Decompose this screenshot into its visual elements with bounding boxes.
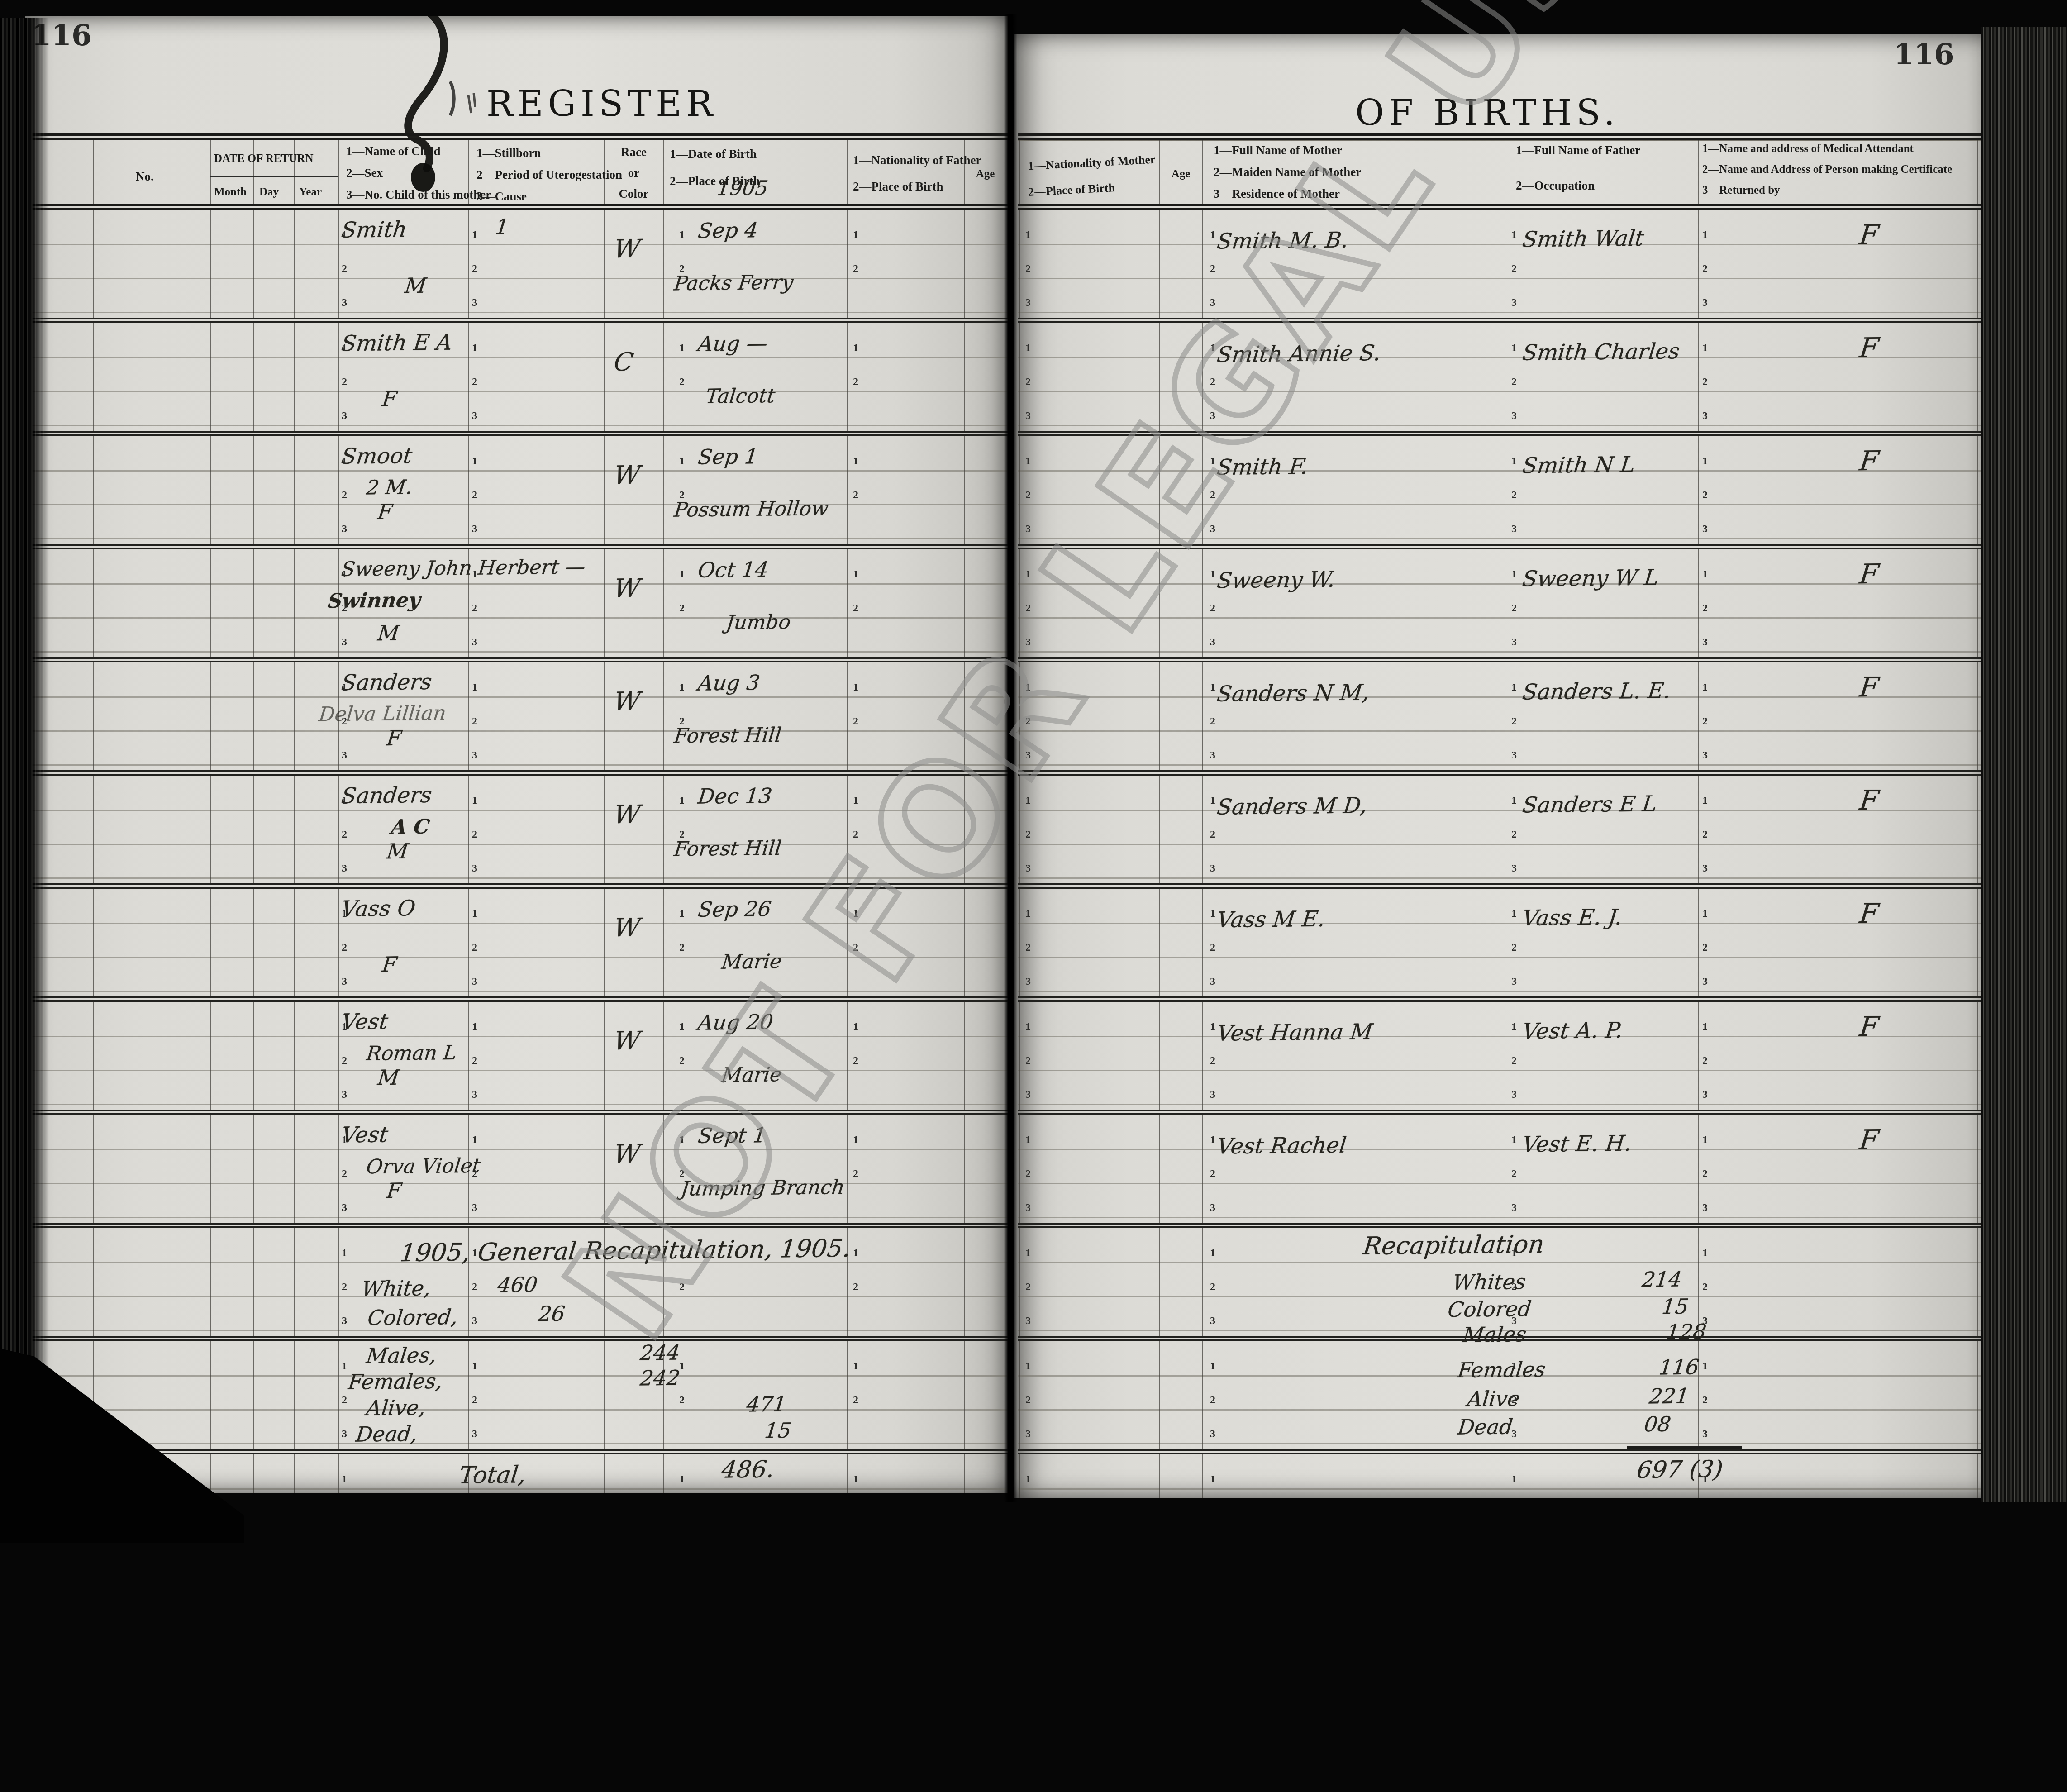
sub-line-digit: 1 — [853, 1021, 858, 1033]
sub-line-digit: 2 — [342, 263, 347, 275]
sub-line-digit: 3 — [472, 523, 477, 535]
sub-line-digit: 1 — [679, 1134, 685, 1146]
register-row: Sanders Delva Lillian F W Aug 3 Forest H… — [29, 662, 1011, 776]
sub-line-digit: 1 — [1511, 1021, 1517, 1033]
father-name: Vest E. H. — [1521, 1131, 1633, 1158]
sub-line-digit: 1 — [1025, 1247, 1031, 1259]
recap-males-value: 244 — [639, 1340, 681, 1365]
date-of-birth: Sep 26 — [697, 896, 773, 922]
register-row: Smith F. Smith N L F 123123123123 — [1018, 436, 1983, 549]
sub-line-digit: 1 — [1511, 568, 1517, 581]
register-row: Sweeny W. Sweeny W L F 123123123123 — [1018, 549, 1983, 662]
sub-line-digit: 3 — [1511, 1089, 1517, 1101]
place-of-birth: Marie — [720, 1063, 783, 1087]
race-value: C — [612, 348, 635, 377]
sub-line-digit: 1 — [1702, 1360, 1708, 1373]
col-header-no: No. — [136, 170, 154, 184]
left-page: 116 REGISTER No. DATE OF RETURN Month Da… — [25, 16, 1011, 1493]
race-value: W — [612, 687, 642, 717]
sub-line-digit: 2 — [472, 942, 477, 954]
col-header-med-2: 2—Name and Address of Person making Cert… — [1702, 163, 1952, 176]
sub-line-digit: 3 — [1702, 863, 1708, 875]
table-header-left: No. DATE OF RETURN Month Day Year 1—Name… — [29, 140, 1011, 210]
sub-line-digit: 3 — [1210, 863, 1215, 875]
mother-name: Smith F. — [1216, 454, 1310, 480]
place-of-birth: Packs Ferry — [673, 271, 795, 295]
sub-line-digit: 3 — [1025, 749, 1031, 762]
sub-line-digit: 2 — [1210, 376, 1215, 388]
child-name: Vest — [340, 1122, 390, 1148]
sub-line-digit: 1 — [853, 682, 858, 694]
sub-line-digit: 1 — [342, 342, 347, 354]
sub-line-digit: 2 — [679, 1055, 685, 1067]
sub-line-digit: 2 — [1025, 1168, 1031, 1180]
sub-line-digit: 3 — [1210, 1089, 1215, 1101]
sub-line-digit: 1 — [342, 682, 347, 694]
sub-line-digit: 2 — [1511, 1394, 1517, 1406]
sub-line-digit: 1 — [1025, 908, 1031, 920]
register-row: Smith M 1 W Sep 4 Packs Ferry 1231231212 — [29, 210, 1011, 323]
sub-line-digit: 3 — [1210, 976, 1215, 988]
sub-line-digit: 2 — [853, 1281, 858, 1293]
sub-line-digit: 1 — [1702, 908, 1708, 920]
sub-line-digit: 2 — [1025, 1055, 1031, 1067]
col-header-still-1: 1—Stillborn — [476, 146, 541, 160]
sub-line-digit: 2 — [1025, 1394, 1031, 1406]
sub-line-digit: 2 — [1511, 1281, 1517, 1293]
child-name: Sanders — [340, 782, 433, 809]
child-name-2: A C — [390, 815, 431, 839]
register-row: Sanders N M, Sanders L. E. F 12312312312… — [1018, 662, 1983, 776]
sub-line-digit: 1 — [1702, 229, 1708, 241]
sub-line-digit: 3 — [1025, 976, 1031, 988]
sub-line-digit: 3 — [1210, 1428, 1215, 1440]
sub-line-digit: 1 — [1702, 1134, 1708, 1146]
sub-line-digit: 2 — [1702, 1168, 1708, 1180]
sub-line-digit: 2 — [1511, 263, 1517, 275]
sub-line-digit: 2 — [1210, 715, 1215, 728]
sub-line-digit: 2 — [1025, 1281, 1031, 1293]
returned-by-mark: F — [1858, 785, 1881, 816]
register-row: Vest Orva Violet F W Sept 1 Jumping Bran… — [29, 1115, 1011, 1228]
sub-line-digit: 3 — [342, 523, 347, 535]
recap-females-value: 242 — [639, 1366, 681, 1391]
sub-line-digit: 1 — [342, 568, 347, 581]
sub-line-digit: 2 — [342, 715, 347, 728]
col-header-natm-2: 2—Place of Birth — [1028, 181, 1115, 199]
sub-line-digit: 2 — [1025, 715, 1031, 728]
sub-line-digit: 2 — [342, 1168, 347, 1180]
child-sex: M — [376, 1065, 400, 1090]
mother-name: Vest Hanna M — [1216, 1019, 1374, 1046]
race-value: W — [612, 574, 642, 604]
child-sex: M — [376, 621, 400, 645]
recap-white-value: 460 — [496, 1273, 539, 1297]
father-name: Smith Walt — [1521, 226, 1645, 253]
sub-line-digit: 3 — [342, 297, 347, 309]
recap-row-right-1: Recapitulation Whites 214 Colored 15 Mal… — [1018, 1228, 1983, 1341]
sub-line-digit: 3 — [1702, 976, 1708, 988]
sub-line-digit: 3 — [1025, 1428, 1031, 1440]
sub-line-digit: 1 — [472, 1247, 477, 1259]
col-header-mother-1: 1—Full Name of Mother — [1214, 143, 1342, 157]
sub-line-digit: 1 — [342, 1360, 347, 1373]
col-header-day: Day — [259, 186, 279, 199]
place-of-birth: Forest Hill — [673, 837, 783, 861]
sub-line-digit: 2 — [342, 1281, 347, 1293]
total-underline — [1627, 1446, 1742, 1449]
recap-males-value: 128 — [1665, 1320, 1708, 1344]
sub-line-digit: 2 — [1210, 489, 1215, 501]
sub-line-digit: 1 — [853, 1473, 858, 1486]
sub-line-digit: 1 — [342, 795, 347, 807]
recap-dead-value: 15 — [763, 1418, 793, 1443]
sub-line-digit: 2 — [1511, 942, 1517, 954]
sub-line-digit: 2 — [679, 1168, 685, 1180]
recap-dead-label: Dead — [1457, 1414, 1514, 1439]
sub-line-digit: 2 — [679, 602, 685, 615]
recap-row-left-2: Males, 244 Females, 242 Alive, 471 Dead,… — [29, 1341, 1011, 1454]
sub-line-digit: 1 — [1511, 682, 1517, 694]
sub-line-digit: 1 — [679, 1473, 685, 1486]
sub-line-digit: 1 — [853, 568, 858, 581]
sub-line-digit: 2 — [1702, 489, 1708, 501]
sub-line-digit: 3 — [472, 749, 477, 762]
sub-line-digit: 1 — [1702, 455, 1708, 467]
child-sex: M — [386, 839, 410, 863]
sub-line-digit: 2 — [1702, 263, 1708, 275]
sub-line-digit: 2 — [1025, 942, 1031, 954]
col-header-child-1: 1—Name of Child — [346, 144, 441, 158]
sub-line-digit: 2 — [472, 1394, 477, 1406]
sub-line-digit: 2 — [1210, 602, 1215, 615]
register-row: Vest Rachel Vest E. H. F 123123123123 — [1018, 1115, 1983, 1228]
mother-name: Sanders N M, — [1216, 680, 1371, 707]
child-sex: F — [386, 1178, 403, 1203]
sub-line-digit: 2 — [1702, 602, 1708, 615]
sub-line-digit: 3 — [1511, 1428, 1517, 1440]
sub-line-digit: 1 — [342, 908, 347, 920]
sub-line-digit: 1 — [472, 342, 477, 354]
sub-line-digit: 2 — [853, 1055, 858, 1067]
child-name: Smith E A — [340, 330, 454, 357]
sub-line-digit: 1 — [472, 1360, 477, 1373]
sub-line-digit: 2 — [853, 829, 858, 841]
register-row: Vest Roman L M W Aug 20 Marie 1231231212 — [29, 1002, 1011, 1115]
returned-by-mark: F — [1858, 1124, 1881, 1156]
sub-line-digit: 1 — [1025, 455, 1031, 467]
place-of-birth: Marie — [720, 950, 783, 973]
sub-line-digit: 2 — [1511, 489, 1517, 501]
sub-line-digit: 2 — [472, 602, 477, 615]
sub-line-digit: 2 — [1702, 1394, 1708, 1406]
col-header-race-2: or — [604, 166, 663, 180]
sub-line-digit: 1 — [342, 455, 347, 467]
sub-line-digit: 2 — [679, 489, 685, 501]
sub-line-digit: 3 — [1511, 749, 1517, 762]
sub-line-digit: 3 — [1210, 297, 1215, 309]
sub-line-digit: 2 — [853, 715, 858, 728]
sub-line-digit: 1 — [472, 229, 477, 241]
sub-line-digit: 3 — [1702, 410, 1708, 422]
date-of-birth: Sept 1 — [697, 1123, 768, 1148]
sub-line-digit: 2 — [679, 263, 685, 275]
sub-line-digit: 3 — [1511, 410, 1517, 422]
sub-line-digit: 1 — [1511, 1247, 1517, 1259]
stillborn-value: 1 — [494, 214, 510, 239]
sub-line-digit: 1 — [1025, 1360, 1031, 1373]
mother-name: Sanders M D, — [1216, 793, 1369, 820]
sub-line-digit: 2 — [853, 942, 858, 954]
sub-line-digit: 3 — [342, 863, 347, 875]
register-row: Sweeny John Herbert — Swinney M W Oct 14… — [29, 549, 1011, 662]
sub-line-digit: 1 — [1210, 795, 1215, 807]
sub-line-digit: 2 — [853, 489, 858, 501]
race-value: W — [612, 1139, 642, 1169]
place-of-birth: Jumping Branch — [680, 1176, 846, 1201]
sub-line-digit: 2 — [472, 1055, 477, 1067]
sub-line-digit: 3 — [472, 976, 477, 988]
sub-line-digit: 3 — [1210, 636, 1215, 648]
sub-line-digit: 2 — [342, 829, 347, 841]
sub-line-digit: 2 — [1210, 263, 1215, 275]
register-row: Vass O F W Sep 26 Marie 1231231212 — [29, 889, 1011, 1002]
recap-total-value: 486. — [720, 1456, 776, 1483]
sub-line-digit: 1 — [472, 568, 477, 581]
child-name: Sweeny John Herbert — — [340, 555, 587, 581]
sub-line-digit: 1 — [342, 1247, 347, 1259]
book-gutter — [1004, 14, 1017, 1502]
returned-by-mark: F — [1858, 672, 1881, 703]
sub-line-digit: 3 — [472, 410, 477, 422]
recap-caption: 1905, General Recapitulation, 1905. — [399, 1234, 852, 1267]
sub-line-digit: 2 — [1702, 376, 1708, 388]
date-of-birth: Dec 13 — [697, 783, 773, 809]
sub-line-digit: 2 — [1511, 602, 1517, 615]
sub-line-digit: 1 — [679, 1021, 685, 1033]
sub-line-digit: 1 — [472, 1021, 477, 1033]
page-title-right: OF BIRTHS. — [1355, 93, 1619, 133]
child-sex: F — [381, 952, 398, 977]
recap-colored-label: Colored, — [367, 1305, 459, 1330]
recap-females-value: 116 — [1658, 1355, 1700, 1380]
sub-line-digit: 3 — [1025, 863, 1031, 875]
sub-line-digit: 3 — [472, 1428, 477, 1440]
recap-males-label: Males, — [365, 1343, 438, 1368]
place-of-birth: Jumbo — [725, 610, 792, 634]
sub-line-digit: 1 — [679, 908, 685, 920]
mother-name: Smith Annie S. — [1216, 340, 1382, 367]
sub-line-digit: 3 — [1702, 1089, 1708, 1101]
sub-line-digit: 2 — [679, 829, 685, 841]
sub-line-digit: 2 — [342, 1055, 347, 1067]
sub-line-digit: 2 — [853, 263, 858, 275]
sub-line-digit: 3 — [342, 1089, 347, 1101]
sub-line-digit: 1 — [1210, 1360, 1215, 1373]
recap-title: Recapitulation — [1362, 1230, 1546, 1260]
sub-line-digit: 1 — [679, 342, 685, 354]
returned-by-mark: F — [1858, 332, 1881, 364]
sub-line-digit: 2 — [1025, 489, 1031, 501]
sub-line-digit: 2 — [1702, 942, 1708, 954]
recap-row-right-2: Females 116 Alive 221 Dead 08 1231231231… — [1018, 1341, 1983, 1454]
page-edges-right — [1981, 27, 2067, 1502]
sub-line-digit: 1 — [853, 795, 858, 807]
sub-line-digit: 1 — [1511, 342, 1517, 354]
sub-line-digit: 1 — [472, 1134, 477, 1146]
child-name: Vest — [340, 1009, 390, 1034]
sub-line-digit: 1 — [472, 455, 477, 467]
race-value: W — [612, 234, 642, 264]
col-header-mother-3: 3—Residence of Mother — [1214, 187, 1340, 201]
sub-line-digit: 3 — [1511, 636, 1517, 648]
sub-line-digit: 2 — [472, 376, 477, 388]
col-header-date-of-return: DATE OF RETURN — [214, 153, 313, 165]
returned-by-mark: F — [1858, 558, 1881, 590]
child-name-2: Delva Lillian — [318, 702, 448, 726]
sub-line-digit: 1 — [1511, 229, 1517, 241]
sub-line-digit: 1 — [1210, 1473, 1215, 1486]
sub-line-digit: 3 — [1511, 863, 1517, 875]
sub-line-digit: 3 — [1702, 636, 1708, 648]
date-of-birth: Oct 14 — [697, 557, 770, 582]
sub-line-digit: 1 — [342, 1021, 347, 1033]
sub-line-digit: 1 — [1025, 1473, 1031, 1486]
sub-line-digit: 1 — [1210, 1134, 1215, 1146]
sub-line-digit: 2 — [1025, 263, 1031, 275]
returned-by-mark: F — [1858, 219, 1881, 251]
father-name: Smith N L — [1521, 452, 1637, 479]
recap-colored-value: 26 — [537, 1301, 567, 1326]
sub-line-digit: 2 — [1702, 829, 1708, 841]
sub-line-digit: 1 — [1702, 1473, 1708, 1486]
place-of-birth: Forest Hill — [673, 724, 783, 748]
sub-line-digit: 3 — [1025, 297, 1031, 309]
sub-line-digit: 1 — [1025, 342, 1031, 354]
sub-line-digit: 1 — [342, 229, 347, 241]
date-of-birth: Sep 4 — [697, 218, 759, 243]
sub-line-digit: 1 — [1210, 455, 1215, 467]
col-header-month: Month — [214, 186, 247, 199]
sub-line-digit: 1 — [853, 1360, 858, 1373]
sub-line-digit: 1 — [1511, 1360, 1517, 1373]
child-name: Smoot — [340, 443, 414, 469]
sub-line-digit: 3 — [1511, 523, 1517, 535]
sub-line-digit: 1 — [1210, 1021, 1215, 1033]
place-of-birth: Talcott — [705, 384, 776, 408]
col-header-mother-2: 2—Maiden Name of Mother — [1214, 165, 1361, 179]
sub-line-digit: 2 — [472, 715, 477, 728]
date-of-birth: Aug 3 — [697, 670, 761, 695]
sub-line-digit: 3 — [1511, 297, 1517, 309]
sub-line-digit: 2 — [342, 489, 347, 501]
year-scrawl: 1905 — [716, 176, 769, 200]
col-header-child-3: 3—No. Child of this mother — [346, 188, 491, 202]
sub-line-digit: 2 — [853, 376, 858, 388]
recap-alive-value: 221 — [1648, 1384, 1691, 1409]
sub-line-digit: 2 — [472, 263, 477, 275]
right-page: 116 OF BIRTHS. 1—Nationality of Mother 2… — [1014, 34, 1986, 1498]
sub-line-digit: 2 — [1025, 376, 1031, 388]
col-header-birth-1: 1—Date of Birth — [670, 147, 757, 161]
father-name: Vest A. P. — [1521, 1018, 1624, 1044]
child-name: Smith — [340, 217, 408, 243]
sub-line-digit: 3 — [1702, 1315, 1708, 1327]
sub-line-digit: 3 — [342, 1202, 347, 1214]
register-row: Smith E A F C Aug — Talcott 1231231212 — [29, 323, 1011, 436]
sub-line-digit: 1 — [1511, 908, 1517, 920]
col-header-father-1: 1—Full Name of Father — [1516, 143, 1640, 157]
child-sex: F — [386, 726, 403, 750]
sub-line-digit: 1 — [679, 568, 685, 581]
race-value: W — [612, 1026, 642, 1056]
race-value: W — [612, 800, 642, 830]
recap-alive-label: Alive, — [365, 1395, 427, 1420]
recap-females-label: Females — [1457, 1357, 1547, 1382]
sub-line-digit: 1 — [472, 908, 477, 920]
sub-line-digit: 2 — [342, 942, 347, 954]
recap-dead-value: 08 — [1643, 1412, 1672, 1437]
child-sex: F — [381, 386, 398, 411]
register-row: Smoot 2 M. F W Sep 1 Possum Hollow 12312… — [29, 436, 1011, 549]
sub-line-digit: 3 — [1210, 749, 1215, 762]
sub-line-digit: 1 — [1025, 229, 1031, 241]
register-table-right: 1—Nationality of Mother 2—Place of Birth… — [1018, 133, 1983, 1498]
col-header-natm-1: 1—Nationality of Mother — [1028, 153, 1156, 173]
register-row: Vest Hanna M Vest A. P. F 123123123123 — [1018, 1002, 1983, 1115]
sub-line-digit: 3 — [1025, 410, 1031, 422]
sub-line-digit: 1 — [1702, 1021, 1708, 1033]
sub-line-digit: 2 — [1025, 829, 1031, 841]
date-of-birth: Aug 20 — [697, 1010, 775, 1035]
sub-line-digit: 3 — [1702, 1202, 1708, 1214]
sub-line-digit: 2 — [342, 602, 347, 615]
sub-line-digit: 1 — [679, 1360, 685, 1373]
sub-line-digit: 1 — [1210, 682, 1215, 694]
col-header-race-3: Color — [604, 187, 663, 201]
sub-line-digit: 1 — [1025, 1134, 1031, 1146]
sub-line-digit: 1 — [1025, 1021, 1031, 1033]
col-header-age-right: Age — [1159, 168, 1202, 181]
sub-line-digit: 1 — [1511, 1134, 1517, 1146]
page-number-right: 116 — [1894, 38, 1954, 71]
sub-line-digit: 1 — [1511, 795, 1517, 807]
sub-line-digit: 2 — [679, 942, 685, 954]
sub-line-digit: 1 — [853, 455, 858, 467]
sub-line-digit: 1 — [853, 1134, 858, 1146]
sub-line-digit: 2 — [1702, 1281, 1708, 1293]
sub-line-digit: 2 — [472, 829, 477, 841]
recap-females-label: Females, — [347, 1369, 444, 1394]
col-header-still-2: 2—Period of Uterogestation — [476, 168, 622, 182]
sub-line-digit: 1 — [1702, 568, 1708, 581]
race-value: W — [612, 913, 642, 943]
sub-line-digit: 2 — [853, 1168, 858, 1180]
sub-line-digit: 1 — [679, 455, 685, 467]
sub-line-digit: 2 — [853, 602, 858, 615]
sub-line-digit: 3 — [342, 1428, 347, 1440]
sub-line-digit: 1 — [1210, 568, 1215, 581]
col-header-med-3: 3—Returned by — [1702, 184, 1780, 197]
sub-line-digit: 1 — [853, 908, 858, 920]
sub-line-digit: 3 — [472, 1202, 477, 1214]
sub-line-digit: 3 — [1511, 976, 1517, 988]
sub-line-digit: 3 — [1210, 410, 1215, 422]
register-table-left: No. DATE OF RETURN Month Day Year 1—Name… — [29, 133, 1011, 1493]
place-of-birth: Possum Hollow — [673, 497, 830, 522]
mother-name: Vass M E. — [1216, 906, 1327, 933]
sub-line-digit: 2 — [1210, 942, 1215, 954]
